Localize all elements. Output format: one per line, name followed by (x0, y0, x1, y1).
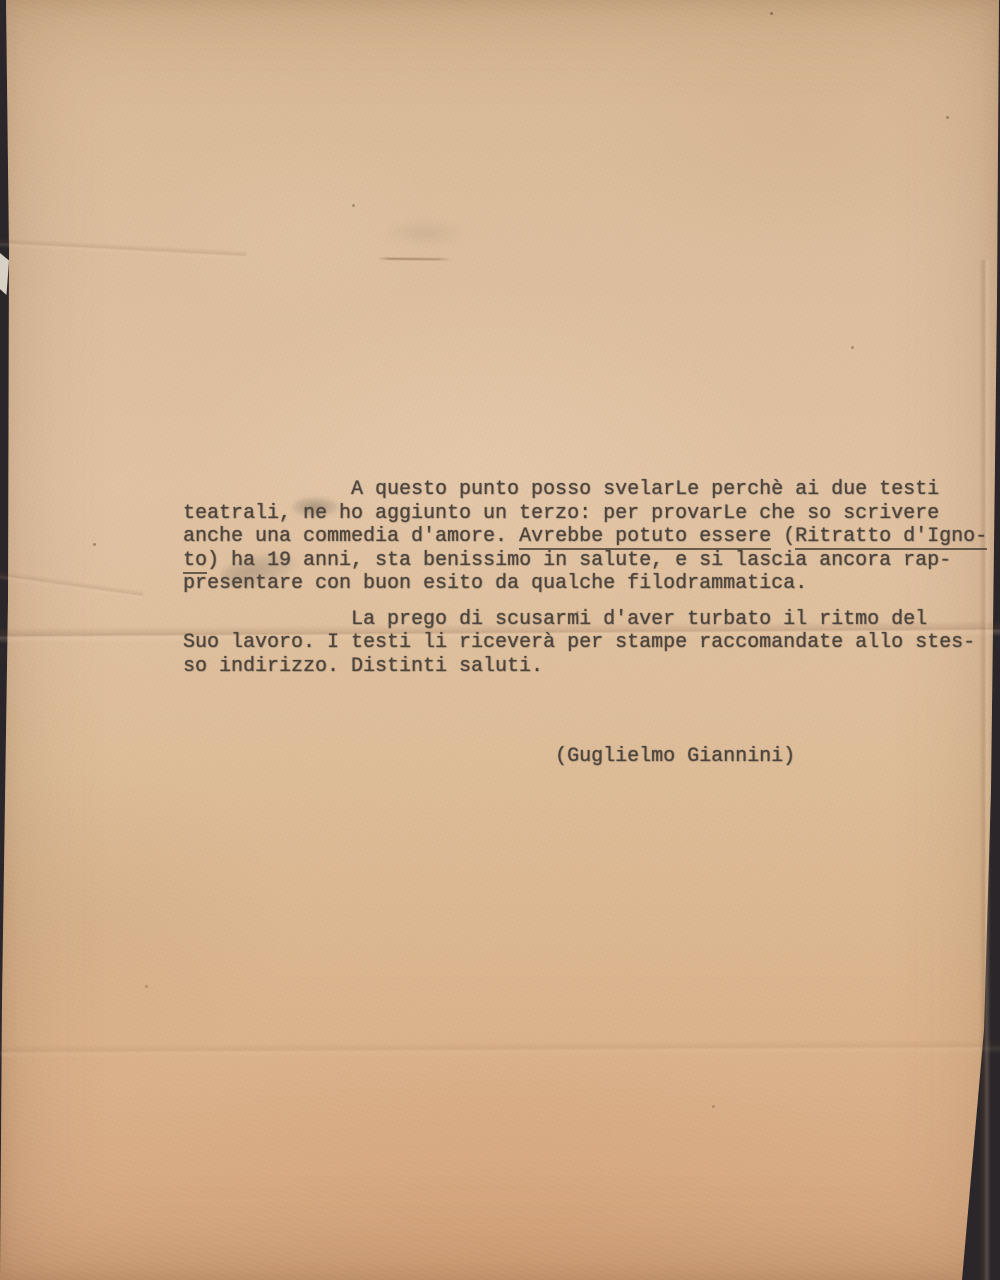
letter-line: Suo lavoro. I testi li riceverà per stam… (183, 631, 987, 655)
signature: (Guglielmo Giannini) (183, 745, 987, 769)
text-segment: ( (771, 525, 795, 548)
paragraph: La prego di scusarmi d'aver turbato il r… (183, 608, 987, 679)
text-segment: anche una commedia d'amore. (183, 525, 519, 548)
paper-tear-left-edge (0, 253, 9, 295)
text-segment: A questo punto posso svelarLe perchè ai … (183, 478, 939, 501)
text-segment: Suo lavoro. I testi li riceverà per stam… (183, 631, 975, 654)
underlined-text: Avrebbe potuto essere (519, 525, 771, 550)
text-segment: teatrali, ne ho aggiunto un terzo: per p… (183, 502, 939, 525)
letter-line: to) ha 19 anni, sta benissimo in salute,… (183, 549, 987, 573)
text-segment: ) ha 19 anni, sta benissimo in salute, e… (207, 549, 951, 572)
text-segment: so indirizzo. Distinti saluti. (183, 655, 543, 678)
letter-line: so indirizzo. Distinti saluti. (183, 655, 987, 679)
text-segment: La prego di scusarmi d'aver turbato il r… (183, 608, 927, 631)
letter-line: anche una commedia d'amore. Avrebbe potu… (183, 525, 987, 549)
letter-body: A questo punto posso svelarLe perchè ai … (183, 478, 987, 678)
letter-text: A questo punto posso svelarLe perchè ai … (183, 431, 987, 792)
paper-specks (0, 0, 3, 3)
underlined-text: Ritratto d'Igno- (795, 525, 987, 550)
letter-line: teatrali, ne ho aggiunto un terzo: per p… (183, 502, 987, 526)
letter-line: La prego di scusarmi d'aver turbato il r… (183, 608, 987, 632)
letter-line: A questo punto posso svelarLe perchè ai … (183, 478, 987, 502)
letter-line: presentare con buon esito da qualche fil… (183, 572, 987, 596)
text-segment: presentare con buon esito da qualche fil… (183, 572, 807, 595)
paragraph: A questo punto posso svelarLe perchè ai … (183, 478, 987, 596)
underlined-text: to (183, 549, 207, 574)
